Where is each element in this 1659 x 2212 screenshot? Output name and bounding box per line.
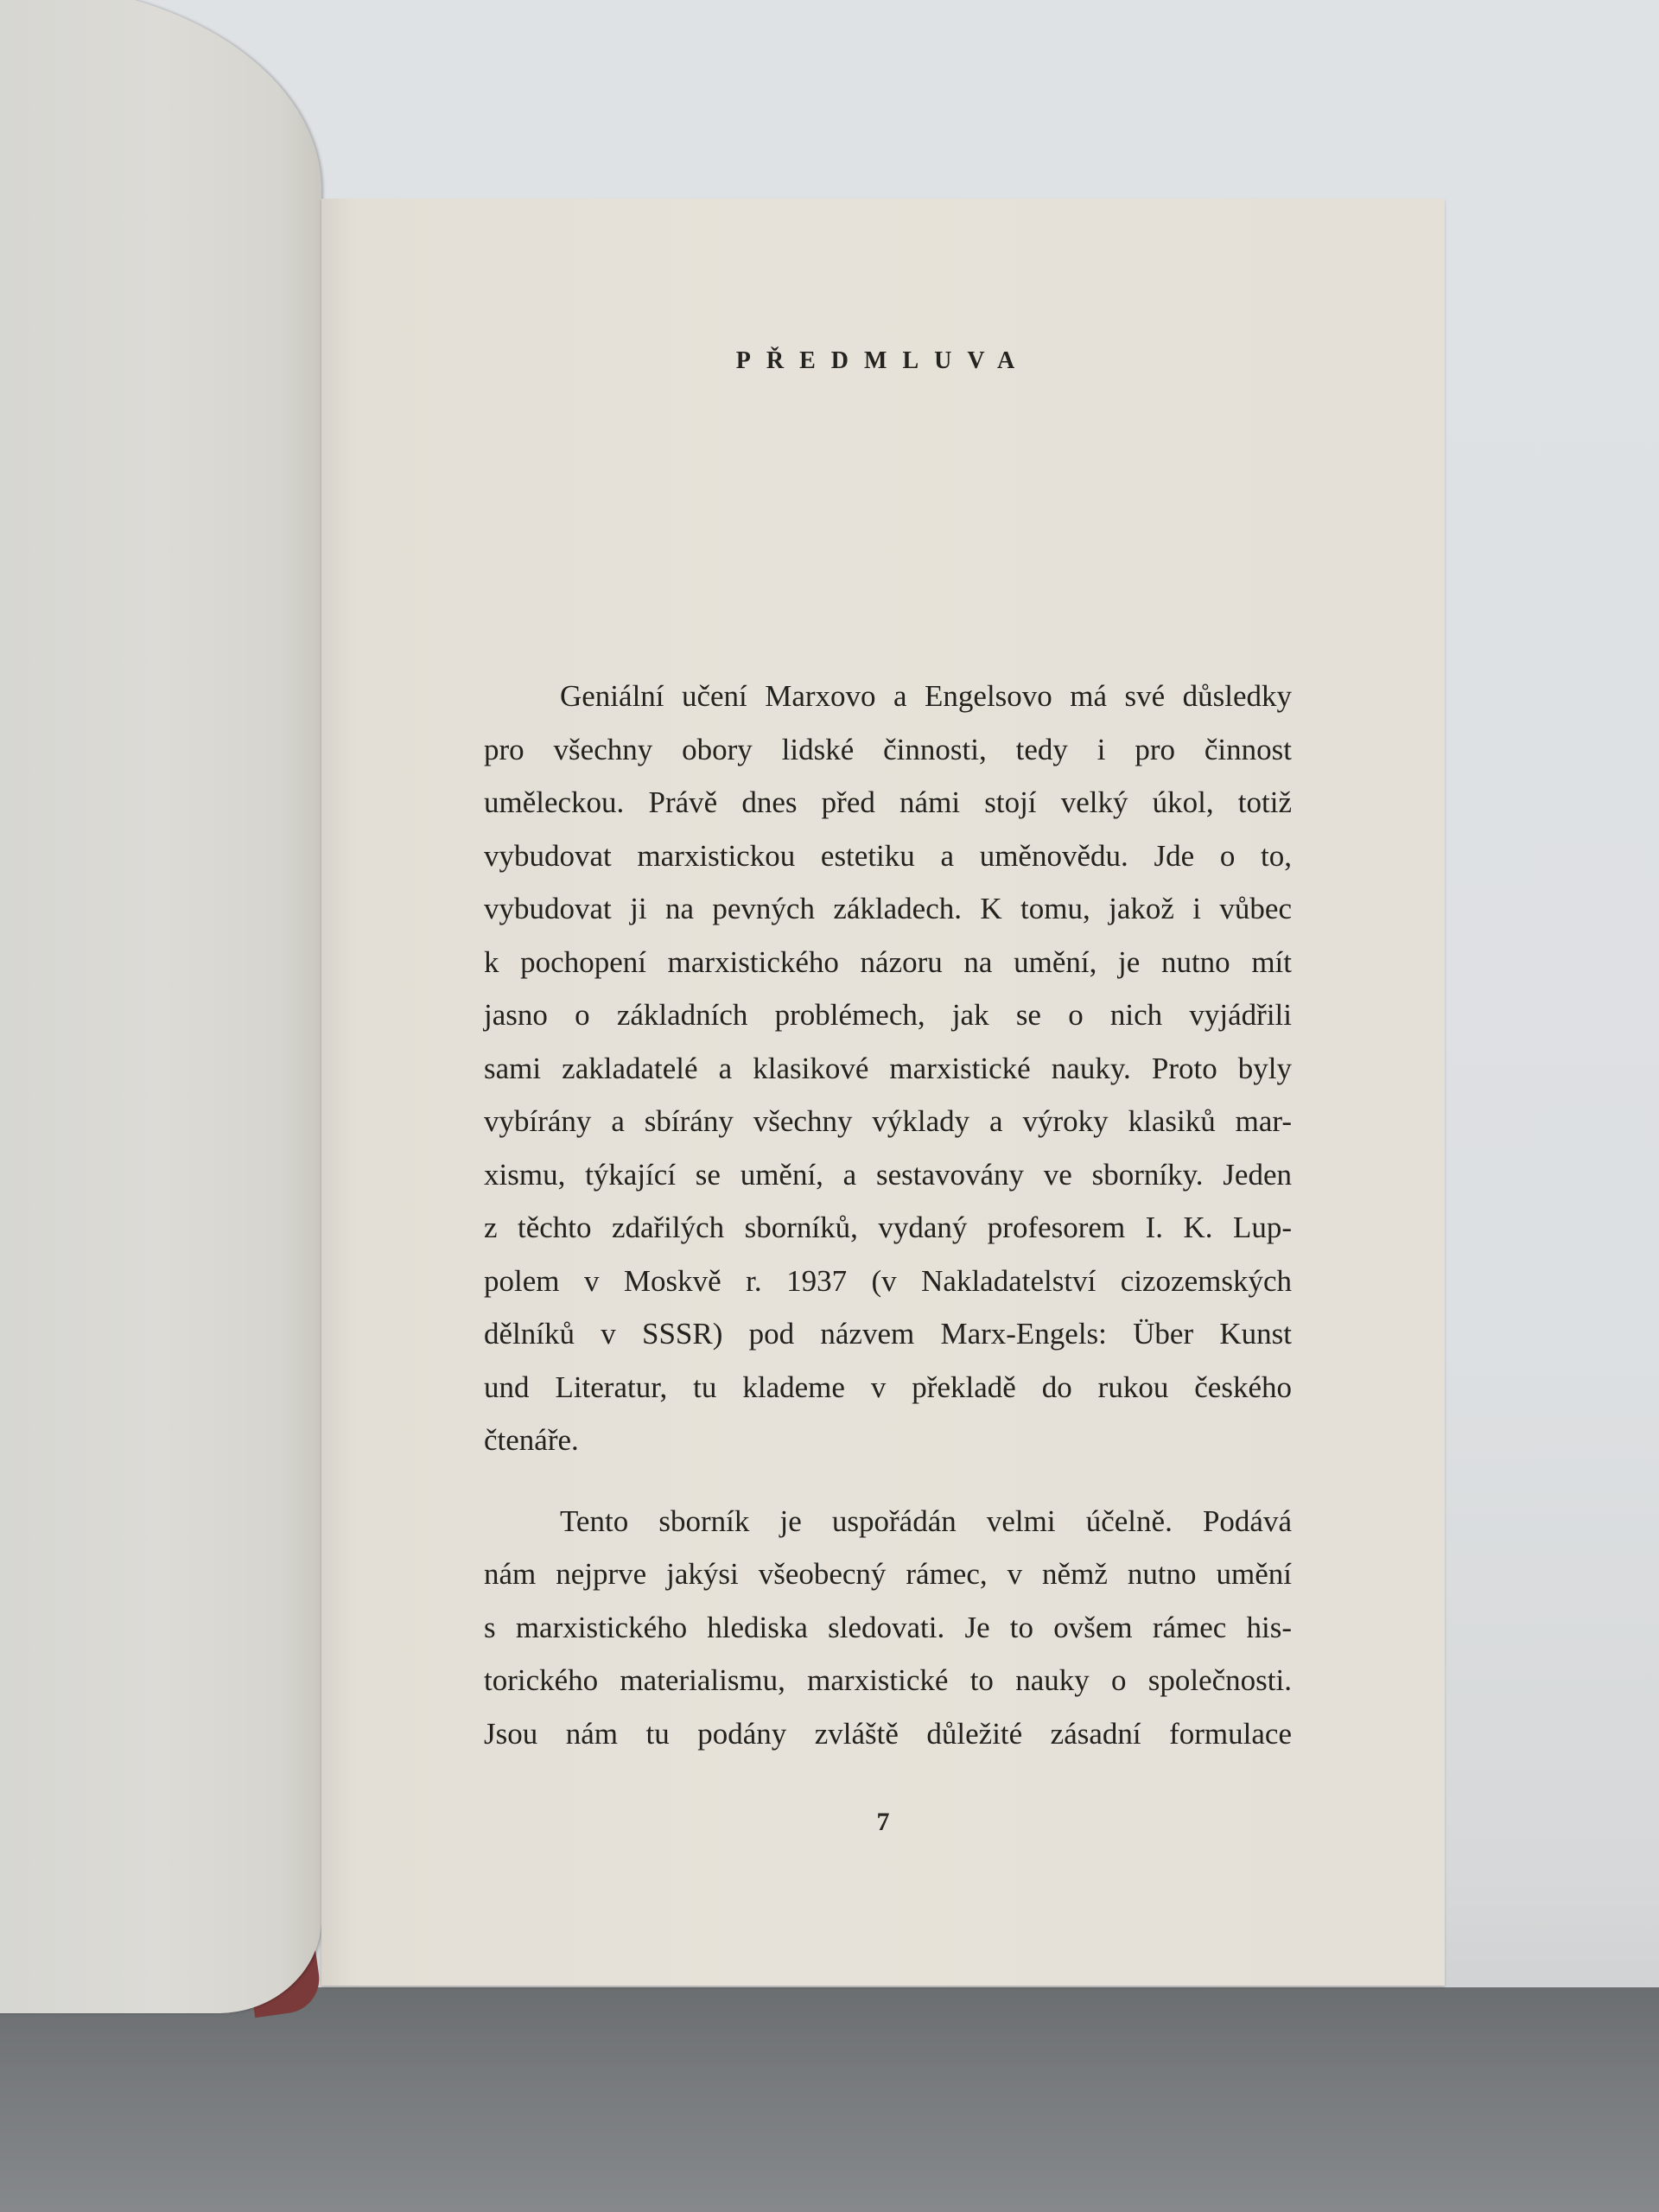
text-line: čtenáře. — [484, 1414, 1292, 1467]
paragraph-2: Tento sborník je uspořádán velmi účelně.… — [484, 1495, 1292, 1761]
text-line: und Literatur, tu klademe v překladě do … — [484, 1361, 1292, 1414]
left-page-blank — [0, 0, 321, 2013]
text-line: s marxistického hlediska sledovati. Je t… — [484, 1601, 1292, 1655]
right-page: PŘEDMLUVA Geniální učení Marxovo a Engel… — [321, 199, 1445, 1986]
show-through-marks — [0, 138, 190, 363]
text-line: Tento sborník je uspořádán velmi účelně.… — [484, 1495, 1292, 1548]
text-line: dělníků v SSSR) pod názvem Marx-Engels: … — [484, 1307, 1292, 1361]
text-line: jasno o základních problémech, jak se o … — [484, 988, 1292, 1042]
text-line: Geniální učení Marxovo a Engelsovo má sv… — [484, 670, 1292, 723]
text-line: vybudovat ji na pevných základech. K tom… — [484, 882, 1292, 936]
body-text: Geniální učení Marxovo a Engelsovo má sv… — [484, 670, 1292, 1760]
page-number: 7 — [321, 1808, 1445, 1837]
text-line: Jsou nám tu podány zvláště důležité zása… — [484, 1707, 1292, 1761]
text-line: nám nejprve jakýsi všeobecný rámec, v ně… — [484, 1548, 1292, 1601]
text-line: pro všechny obory lidské činnosti, tedy … — [484, 723, 1292, 777]
text-line: k pochopení marxistického názoru na uměn… — [484, 936, 1292, 989]
text-line: vybírány a sbírány všechny výklady a výr… — [484, 1095, 1292, 1148]
paragraph-1: Geniální učení Marxovo a Engelsovo má sv… — [484, 670, 1292, 1467]
text-line: z těchto zdařilých sborníků, vydaný prof… — [484, 1201, 1292, 1255]
text-line: uměleckou. Právě dnes před námi stojí ve… — [484, 776, 1292, 829]
text-line: vybudovat marxistickou estetiku a uměnov… — [484, 829, 1292, 883]
text-line: torického materialismu, marxistické to n… — [484, 1654, 1292, 1707]
text-line: xismu, týkající se umění, a sestavovány … — [484, 1148, 1292, 1202]
table-surface — [0, 1987, 1659, 2212]
chapter-heading: PŘEDMLUVA — [321, 347, 1445, 375]
text-line: polem v Moskvě r. 1937 (v Nakladatelství… — [484, 1255, 1292, 1308]
text-line: sami zakladatelé a klasikové marxistické… — [484, 1042, 1292, 1096]
